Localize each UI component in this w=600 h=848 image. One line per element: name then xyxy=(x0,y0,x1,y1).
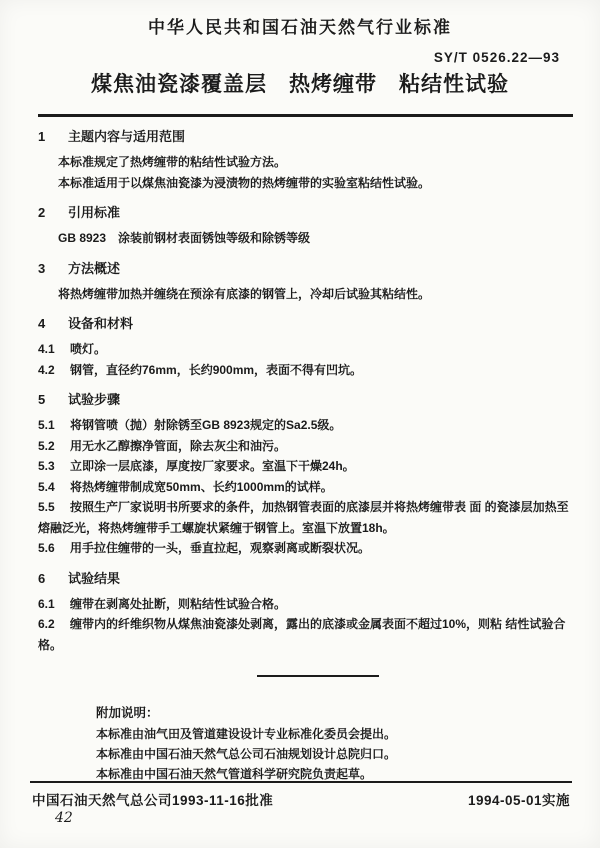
notes-heading: 附加说明： xyxy=(96,703,598,724)
clause-6-2: 6.2缠带内的纤维织物从煤焦油瓷漆处剥离，露出的底漆或金属表面不超过10%，则粘… xyxy=(38,614,598,635)
clause-number: 6.2 xyxy=(38,614,70,635)
clause-text: 立即涂一层底漆，厚度按厂家要求。室温下干燥24h。 xyxy=(70,459,355,473)
clause-text: 将热烤缠带制成宽50mm、长约1000mm的试样。 xyxy=(70,480,333,494)
section-number: 2 xyxy=(38,202,68,223)
clause-5-5-continuation: 熔融泛光，将热烤缠带手工螺旋状紧缠于钢管上。室温下放置18h。 xyxy=(38,518,598,539)
section-heading: 1主题内容与适用范围 xyxy=(38,126,598,147)
section-heading: 2引用标准 xyxy=(38,202,598,223)
document-title: 煤焦油瓷漆覆盖层 热烤缠带 粘结性试验 xyxy=(0,71,600,99)
additional-notes: 附加说明： 本标准由油气田及管道建设设计专业标准化委员会提出。 本标准由中国石油… xyxy=(96,703,598,784)
section-6: 6试验结果 6.1缠带在剥离处扯断，则粘结性试验合格。 6.2缠带内的纤维织物从… xyxy=(38,568,598,656)
page-number: 42 xyxy=(55,810,73,826)
section-title: 设备和材料 xyxy=(68,316,133,331)
section-3: 3方法概述 将热烤缠带加热并缠绕在预涂有底漆的钢管上，冷却后试验其粘结性。 xyxy=(38,258,598,305)
clause-4-1: 4.1喷灯。 xyxy=(38,339,598,360)
clause-number: 5.5 xyxy=(38,497,70,518)
footer-divider-rule xyxy=(30,781,572,783)
clause-5-5: 5.5按照生产厂家说明书所要求的条件，加热钢管表面的底漆层并将热烤缠带表 面 的… xyxy=(38,497,598,518)
section-heading: 4设备和材料 xyxy=(38,313,598,334)
clause-4-2: 4.2钢管，直径约76mm，长约900mm，表面不得有凹坑。 xyxy=(38,360,598,381)
standard-document-page: 中华人民共和国石油天然气行业标准 SY/T 0526.22—93 煤焦油瓷漆覆盖… xyxy=(0,0,600,848)
section-title: 试验结果 xyxy=(68,571,120,586)
end-of-text-divider xyxy=(257,675,379,677)
clause-number: 5.1 xyxy=(38,415,70,436)
clause-number: 5.6 xyxy=(38,538,70,559)
clause-text: 按照生产厂家说明书所要求的条件，加热钢管表面的底漆层并将热烤缠带表 面 的瓷漆层… xyxy=(70,500,569,514)
section-heading: 6试验结果 xyxy=(38,568,598,589)
section-number: 6 xyxy=(38,568,68,589)
paragraph: 将热烤缠带加热并缠绕在预涂有底漆的钢管上，冷却后试验其粘结性。 xyxy=(38,284,598,305)
clause-text: 用手拉住缠带的一头，垂直拉起，观察剥离或断裂状况。 xyxy=(70,541,370,555)
clause-text: 喷灯。 xyxy=(70,342,106,356)
clause-text: 缠带内的纤维织物从煤焦油瓷漆处剥离，露出的底漆或金属表面不超过10%，则粘 结性… xyxy=(70,617,565,631)
document-body: 1主题内容与适用范围 本标准规定了热烤缠带的粘结性试验方法。 本标准适用于以煤焦… xyxy=(38,126,598,784)
clause-number: 4.2 xyxy=(38,360,70,381)
clause-6-1: 6.1缠带在剥离处扯断，则粘结性试验合格。 xyxy=(38,594,598,615)
clause-5-6: 5.6用手拉住缠带的一头，垂直拉起，观察剥离或断裂状况。 xyxy=(38,538,598,559)
clause-text: 钢管，直径约76mm，长约900mm，表面不得有凹坑。 xyxy=(70,363,362,377)
section-5: 5试验步骤 5.1将钢管喷（抛）射除锈至GB 8923规定的Sa2.5级。 5.… xyxy=(38,389,598,559)
referenced-standard: GB 8923 涂装前钢材表面锈蚀等级和除锈等级 xyxy=(38,228,598,249)
notes-line: 本标准由中国石油天然气总公司石油规划设计总院归口。 xyxy=(96,744,598,764)
header-divider-rule xyxy=(38,114,573,117)
section-number: 4 xyxy=(38,313,68,334)
clause-5-1: 5.1将钢管喷（抛）射除锈至GB 8923规定的Sa2.5级。 xyxy=(38,415,598,436)
clause-number: 5.4 xyxy=(38,477,70,498)
section-title: 试验步骤 xyxy=(68,392,120,407)
section-4: 4设备和材料 4.1喷灯。 4.2钢管，直径约76mm，长约900mm，表面不得… xyxy=(38,313,598,380)
section-title: 方法概述 xyxy=(68,261,120,276)
clause-number: 5.2 xyxy=(38,436,70,457)
clause-text: 将钢管喷（抛）射除锈至GB 8923规定的Sa2.5级。 xyxy=(70,418,341,432)
standard-number: SY/T 0526.22—93 xyxy=(0,50,600,66)
implementation-date: 1994-05-01实施 xyxy=(468,789,570,809)
section-heading: 3方法概述 xyxy=(38,258,598,279)
clause-text: 用无水乙醇擦净管面，除去灰尘和油污。 xyxy=(70,439,286,453)
section-1: 1主题内容与适用范围 本标准规定了热烤缠带的粘结性试验方法。 本标准适用于以煤焦… xyxy=(38,126,598,193)
section-title: 引用标准 xyxy=(68,205,120,220)
clause-5-4: 5.4将热烤缠带制成宽50mm、长约1000mm的试样。 xyxy=(38,477,598,498)
standard-category-line: 中华人民共和国石油天然气行业标准 xyxy=(0,16,600,40)
section-number: 1 xyxy=(38,126,68,147)
notes-line: 本标准由油气田及管道建设设计专业标准化委员会提出。 xyxy=(96,724,598,744)
section-heading: 5试验步骤 xyxy=(38,389,598,410)
section-2: 2引用标准 GB 8923 涂装前钢材表面锈蚀等级和除锈等级 xyxy=(38,202,598,249)
section-number: 3 xyxy=(38,258,68,279)
clause-text: 缠带在剥离处扯断，则粘结性试验合格。 xyxy=(70,597,286,611)
clause-number: 4.1 xyxy=(38,339,70,360)
clause-5-3: 5.3立即涂一层底漆，厚度按厂家要求。室温下干燥24h。 xyxy=(38,456,598,477)
section-title: 主题内容与适用范围 xyxy=(68,129,185,144)
approval-statement: 中国石油天然气总公司1993-11-16批准 xyxy=(32,789,273,809)
clause-6-2-continuation: 格。 xyxy=(38,635,598,656)
paragraph: 本标准适用于以煤焦油瓷漆为浸渍物的热烤缠带的实验室粘结性试验。 xyxy=(38,173,598,194)
clause-number: 6.1 xyxy=(38,594,70,615)
clause-number: 5.3 xyxy=(38,456,70,477)
clause-5-2: 5.2用无水乙醇擦净管面，除去灰尘和油污。 xyxy=(38,436,598,457)
section-number: 5 xyxy=(38,389,68,410)
footer: 中国石油天然气总公司1993-11-16批准 1994-05-01实施 xyxy=(32,789,570,809)
paragraph: 本标准规定了热烤缠带的粘结性试验方法。 xyxy=(38,152,598,173)
